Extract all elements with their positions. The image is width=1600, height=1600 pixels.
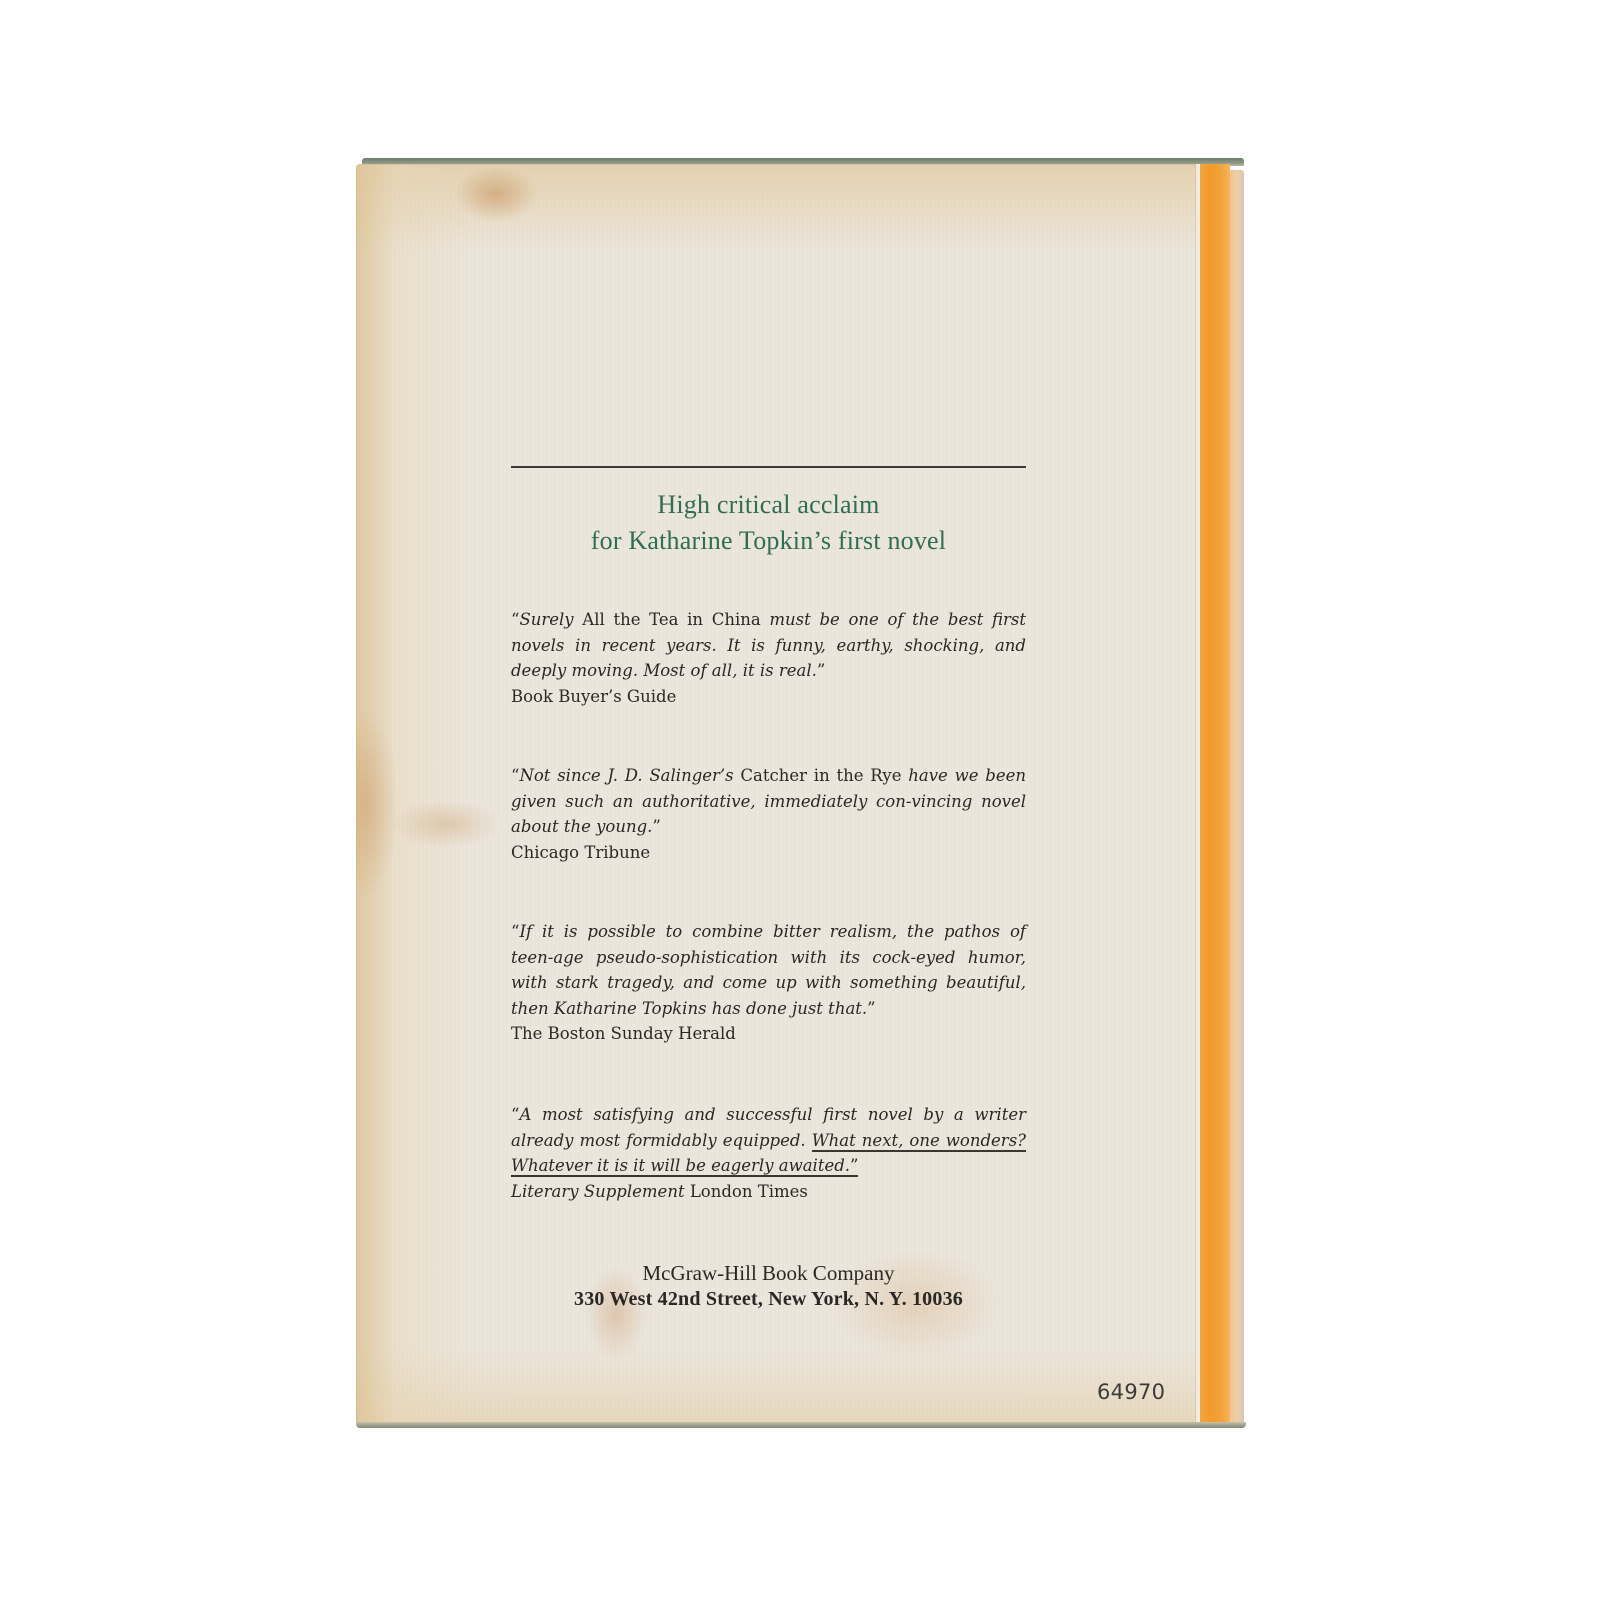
quote-source: Literary Supplement London Times — [511, 1179, 1026, 1205]
quote-source: The Boston Sunday Herald — [511, 1021, 1026, 1047]
board-bottom-edge — [356, 1422, 1246, 1428]
quote-source: Chicago Tribune — [511, 840, 1026, 866]
quote-source: Book Buyer’s Guide — [511, 684, 1026, 710]
catalog-number: 64970 — [1097, 1380, 1165, 1404]
headline: High critical acclaim for Katharine Topk… — [511, 487, 1026, 559]
quote-segment: If it is possible to combine bitter real… — [511, 922, 1026, 1018]
quote-text: “If it is possible to combine bitter rea… — [511, 919, 1026, 1021]
quote-text: “Surely All the Tea in China must be one… — [511, 607, 1026, 684]
publisher-imprint: McGraw-Hill Book Company 330 West 42nd S… — [511, 1260, 1026, 1312]
headline-line-2: for Katharine Topkin’s first novel — [511, 523, 1026, 559]
quote-source-italic: Literary Supplement — [511, 1182, 685, 1201]
quote-segment: Catcher in the Rye — [740, 766, 908, 785]
quote-segment: ” — [652, 817, 660, 836]
quote-segment: All the Tea in China — [582, 610, 769, 629]
quote-text: “Not since J. D. Salinger’s Catcher in t… — [511, 763, 1026, 840]
publisher-address: 330 West 42nd Street, New York, N. Y. 10… — [511, 1286, 1026, 1312]
top-rule — [511, 466, 1026, 468]
review-quote: “Surely All the Tea in China must be one… — [511, 607, 1026, 709]
quote-segment: Not since J. D. Salinger’s — [519, 766, 740, 785]
quote-text: “A most satisfying and successful first … — [511, 1102, 1026, 1179]
spine-edge — [1230, 170, 1244, 1426]
headline-line-1: High critical acclaim — [511, 487, 1026, 523]
quote-segment: ” — [850, 1156, 858, 1177]
quote-segment: Surely — [519, 610, 582, 629]
quote-segment: ” — [817, 661, 825, 680]
review-quote: “A most satisfying and successful first … — [511, 1102, 1026, 1204]
review-quote: “If it is possible to combine bitter rea… — [511, 919, 1026, 1047]
quote-source-roman: London Times — [690, 1182, 808, 1201]
quote-segment: ” — [867, 999, 875, 1018]
photo-stage: High critical acclaim for Katharine Topk… — [0, 0, 1600, 1600]
review-quote: “Not since J. D. Salinger’s Catcher in t… — [511, 763, 1026, 865]
publisher-name: McGraw-Hill Book Company — [511, 1260, 1026, 1286]
book-spine — [1200, 164, 1230, 1426]
